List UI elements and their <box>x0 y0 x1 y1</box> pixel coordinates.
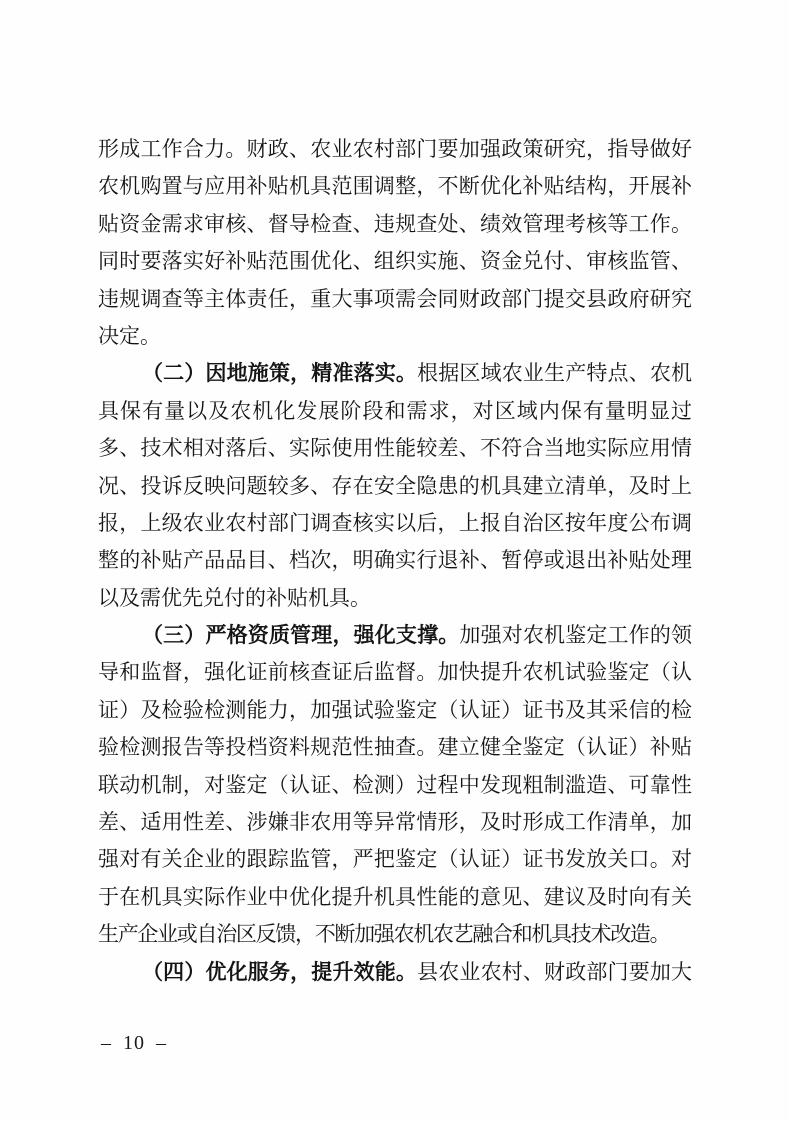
body-text: 证）及检验检测能力，加强试验鉴定（认证）证书及其采信的检 <box>98 698 692 722</box>
document-page: 形成工作合力。财政、农业农村部门要加强政策研究，指导做好农机购置与应用补贴机具范… <box>0 0 789 1122</box>
section-heading: （二）因地施策，精准落实。 <box>142 361 417 385</box>
body-text: 贴资金需求审核、督导检查、违规查处、绩效管理考核等工作。 <box>98 212 692 236</box>
body-text: 县农业农村、财政部门要加大 <box>417 960 692 984</box>
document-text: 形成工作合力。财政、农业农村部门要加强政策研究，指导做好农机购置与应用补贴机具范… <box>98 131 692 991</box>
text-line: 证）及检验检测能力，加强试验鉴定（认证）证书及其采信的检 <box>98 692 692 729</box>
body-text: 同时要落实好补贴范围优化、组织实施、资金兑付、审核监管、 <box>98 249 692 273</box>
text-line: 农机购置与应用补贴机具范围调整，不断优化补贴结构，开展补 <box>98 168 692 205</box>
text-line: 况、投诉反映问题较多、存在安全隐患的机具建立清单，及时上 <box>98 468 692 505</box>
body-text: 导和监督，强化证前核查证后监督。加快提升农机试验鉴定（认 <box>98 660 692 684</box>
text-line: （二）因地施策，精准落实。根据区域农业生产特点、农机 <box>98 355 692 392</box>
text-line: 多、技术相对落后、实际使用性能较差、不符合当地实际应用情 <box>98 430 692 467</box>
body-text: 况、投诉反映问题较多、存在安全隐患的机具建立清单，及时上 <box>98 474 692 498</box>
body-text: 决定。 <box>98 324 161 348</box>
text-line: 差、适用性差、涉嫌非农用等异常情形，及时形成工作清单，加 <box>98 804 692 841</box>
text-line: 验检测报告等投档资料规范性抽查。建立健全鉴定（认证）补贴 <box>98 729 692 766</box>
section-heading: （三）严格资质管理，强化支撑。 <box>142 623 459 647</box>
body-text: 联动机制，对鉴定（认证、检测）过程中发现粗制滥造、可靠性 <box>98 773 692 797</box>
text-line: 同时要落实好补贴范围优化、组织实施、资金兑付、审核监管、 <box>98 243 692 280</box>
body-text: 强对有关企业的跟踪监管，严把鉴定（认证）证书发放关口。对 <box>98 847 692 871</box>
text-line: 于在机具实际作业中优化提升机具性能的意见、建议及时向有关 <box>98 879 692 916</box>
body-text: 验检测报告等投档资料规范性抽查。建立健全鉴定（认证）补贴 <box>98 735 692 759</box>
text-line: 贴资金需求审核、督导检查、违规查处、绩效管理考核等工作。 <box>98 206 692 243</box>
body-text: 多、技术相对落后、实际使用性能较差、不符合当地实际应用情 <box>98 436 692 460</box>
body-text: 报，上级农业农村部门调查核实以后，上报自治区按年度公布调 <box>98 511 692 535</box>
body-text: 加强对农机鉴定工作的领 <box>459 623 692 647</box>
text-line: （四）优化服务，提升效能。县农业农村、财政部门要加大 <box>98 954 692 991</box>
section-heading: （四）优化服务，提升效能。 <box>142 960 417 984</box>
text-line: 联动机制，对鉴定（认证、检测）过程中发现粗制滥造、可靠性 <box>98 767 692 804</box>
body-text: 根据区域农业生产特点、农机 <box>417 361 692 385</box>
text-line: 整的补贴产品品目、档次，明确实行退补、暂停或退出补贴处理 <box>98 542 692 579</box>
body-text: 生产企业或自治区反馈，不断加强农机农艺融合和机具技术改造。 <box>98 922 669 946</box>
body-text: 农机购置与应用补贴机具范围调整，不断优化补贴结构，开展补 <box>98 174 692 198</box>
body-text: 违规调查等主体责任，重大事项需会同财政部门提交县政府研究 <box>98 287 692 311</box>
body-text: 于在机具实际作业中优化提升机具性能的意见、建议及时向有关 <box>98 885 692 909</box>
text-line: 违规调查等主体责任，重大事项需会同财政部门提交县政府研究 <box>98 281 692 318</box>
body-text: 差、适用性差、涉嫌非农用等异常情形，及时形成工作清单，加 <box>98 810 692 834</box>
body-text: 形成工作合力。财政、农业农村部门要加强政策研究，指导做好 <box>98 137 692 161</box>
text-line: 报，上级农业农村部门调查核实以后，上报自治区按年度公布调 <box>98 505 692 542</box>
text-line: 决定。 <box>98 318 692 355</box>
text-line: 生产企业或自治区反馈，不断加强农机农艺融合和机具技术改造。 <box>98 916 692 953</box>
body-text: 以及需优先兑付的补贴机具。 <box>98 586 371 610</box>
text-line: 形成工作合力。财政、农业农村部门要加强政策研究，指导做好 <box>98 131 692 168</box>
page-number: – 10 – <box>101 1033 167 1053</box>
body-text: 整的补贴产品品目、档次，明确实行退补、暂停或退出补贴处理 <box>98 548 692 572</box>
body-text: 具保有量以及农机化发展阶段和需求，对区域内保有量明显过 <box>98 399 692 423</box>
text-line: 具保有量以及农机化发展阶段和需求，对区域内保有量明显过 <box>98 393 692 430</box>
text-line: 以及需优先兑付的补贴机具。 <box>98 580 692 617</box>
text-line: 强对有关企业的跟踪监管，严把鉴定（认证）证书发放关口。对 <box>98 841 692 878</box>
text-line: 导和监督，强化证前核查证后监督。加快提升农机试验鉴定（认 <box>98 654 692 691</box>
text-line: （三）严格资质管理，强化支撑。加强对农机鉴定工作的领 <box>98 617 692 654</box>
